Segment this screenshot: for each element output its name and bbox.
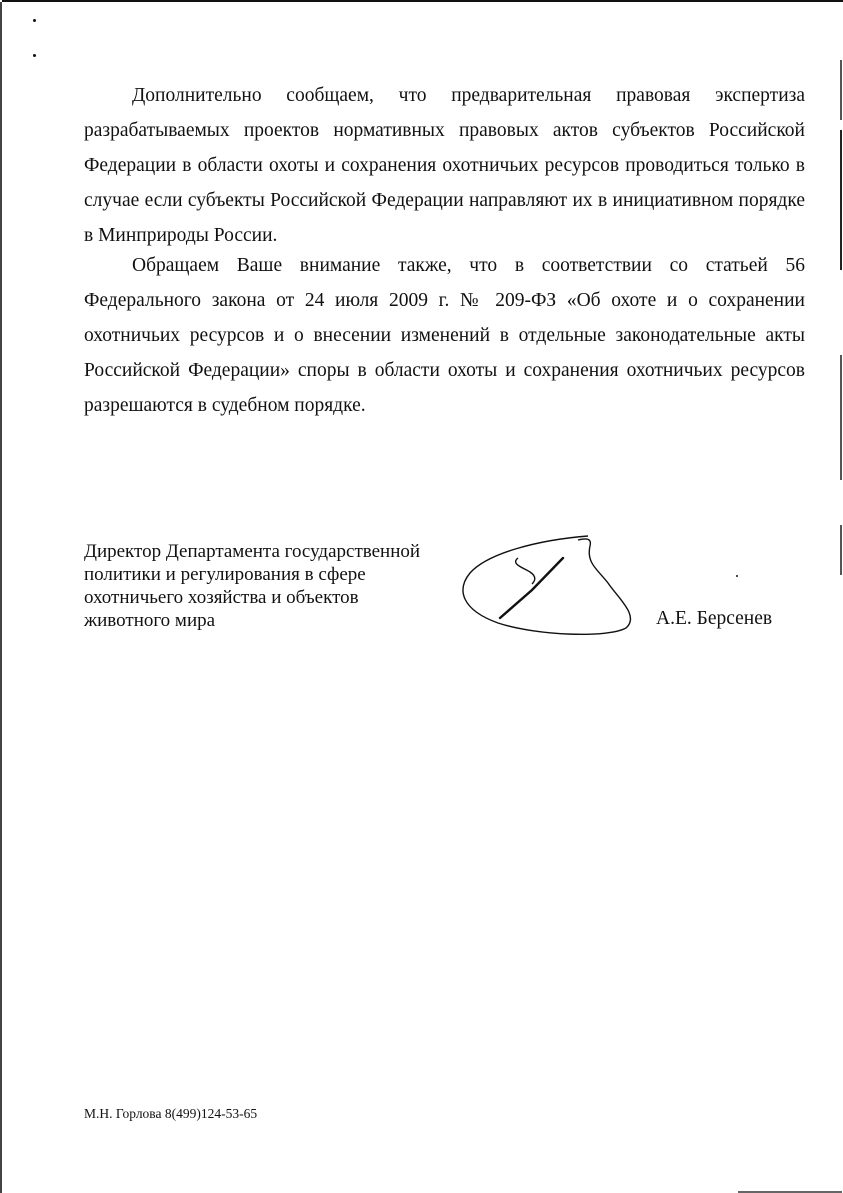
scan-edge-right — [840, 355, 842, 480]
paragraph-text: Обращаем Ваше внимание также, что в соот… — [84, 248, 805, 423]
signatory-title: Директор Департамента государственной по… — [84, 540, 464, 632]
scan-edge-left — [0, 2, 2, 1193]
scan-edge-right — [840, 130, 842, 270]
handwritten-signature-icon — [458, 528, 638, 638]
title-line: Директор Департамента государственной — [84, 540, 464, 563]
scan-speck — [33, 19, 36, 22]
scan-edge-right — [840, 60, 842, 120]
title-line: животного мира — [84, 609, 464, 632]
scan-speck — [736, 575, 738, 577]
scan-edge-right — [840, 525, 842, 575]
paragraph-text: Дополнительно сообщаем, что предваритель… — [84, 78, 805, 253]
title-line: политики и регулирования в сфере — [84, 563, 464, 586]
scan-speck — [33, 54, 36, 57]
body-paragraph-1: Дополнительно сообщаем, что предваритель… — [84, 78, 805, 253]
document-page: Дополнительно сообщаем, что предваритель… — [0, 0, 843, 1193]
body-paragraph-2: Обращаем Ваше внимание также, что в соот… — [84, 248, 805, 423]
title-line: охотничьего хозяйства и объектов — [84, 586, 464, 609]
executor-contact: М.Н. Горлова 8(499)124-53-65 — [84, 1106, 257, 1122]
scan-edge-top — [2, 0, 843, 2]
signer-name: А.Е. Берсенев — [656, 608, 772, 630]
